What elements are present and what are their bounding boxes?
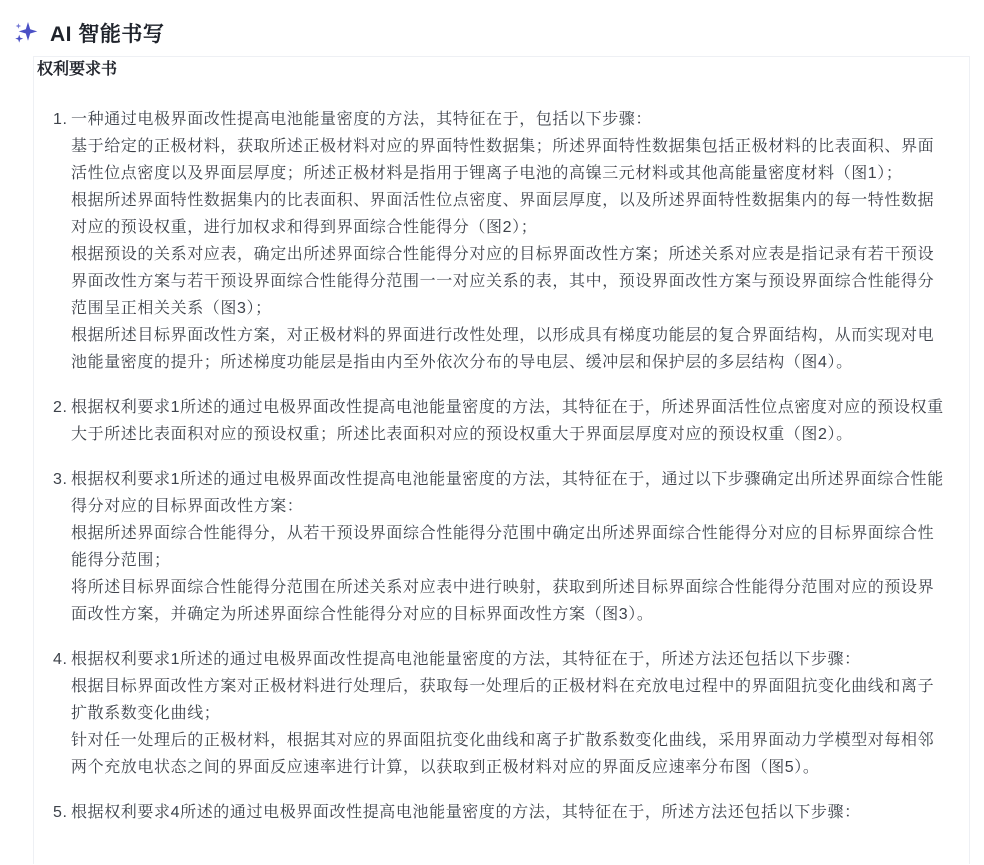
page-title: AI 智能书写 xyxy=(50,18,164,48)
claim-body: 根据权利要求1所述的通过电极界面改性提高电池能量密度的方法，其特征在于，所述方法… xyxy=(71,646,949,781)
app-header: AI 智能书写 xyxy=(0,0,984,46)
claim-paragraph: 基于给定的正极材料，获取所述正极材料对应的界面特性数据集；所述界面特性数据集包括… xyxy=(71,133,949,187)
claim-paragraph: 根据预设的关系对应表，确定出所述界面综合性能得分对应的目标界面改性方案；所述关系… xyxy=(71,241,949,322)
claim-item: 1. 一种通过电极界面改性提高电池能量密度的方法，其特征在于，包括以下步骤：基于… xyxy=(53,106,949,376)
claim-body: 根据权利要求1所述的通过电极界面改性提高电池能量密度的方法，其特征在于，所述界面… xyxy=(71,394,949,448)
claim-body: 根据权利要求4所述的通过电极界面改性提高电池能量密度的方法，其特征在于，所述方法… xyxy=(71,799,949,826)
claim-paragraph: 根据权利要求1所述的通过电极界面改性提高电池能量密度的方法，其特征在于，所述界面… xyxy=(71,394,949,448)
claim-number: 5. xyxy=(53,799,71,826)
claim-paragraph: 根据权利要求1所述的通过电极界面改性提高电池能量密度的方法，其特征在于，通过以下… xyxy=(71,466,949,520)
claim-paragraph: 将所述目标界面综合性能得分范围在所述关系对应表中进行映射，获取到所述目标界面综合… xyxy=(71,574,949,628)
claim-item: 2. 根据权利要求1所述的通过电极界面改性提高电池能量密度的方法，其特征在于，所… xyxy=(53,394,949,448)
document-title: 权利要求书 xyxy=(37,59,949,81)
claim-body: 一种通过电极界面改性提高电池能量密度的方法，其特征在于，包括以下步骤：基于给定的… xyxy=(71,106,949,376)
document-scroll-area[interactable]: 权利要求书 1. 一种通过电极界面改性提高电池能量密度的方法，其特征在于，包括以… xyxy=(34,57,969,838)
claim-item: 3. 根据权利要求1所述的通过电极界面改性提高电池能量密度的方法，其特征在于，通… xyxy=(53,466,949,628)
claim-number: 2. xyxy=(53,394,71,448)
claim-paragraph: 根据权利要求1所述的通过电极界面改性提高电池能量密度的方法，其特征在于，所述方法… xyxy=(71,646,949,673)
claim-number: 4. xyxy=(53,646,71,781)
claim-paragraph: 根据所述界面综合性能得分，从若干预设界面综合性能得分范围中确定出所述界面综合性能… xyxy=(71,520,949,574)
claim-paragraph: 根据所述界面特性数据集内的比表面积、界面活性位点密度、界面层厚度，以及所述界面特… xyxy=(71,187,949,241)
claim-paragraph: 根据权利要求4所述的通过电极界面改性提高电池能量密度的方法，其特征在于，所述方法… xyxy=(71,799,949,826)
claim-item: 4. 根据权利要求1所述的通过电极界面改性提高电池能量密度的方法，其特征在于，所… xyxy=(53,646,949,781)
claim-number: 3. xyxy=(53,466,71,628)
claim-paragraph: 一种通过电极界面改性提高电池能量密度的方法，其特征在于，包括以下步骤： xyxy=(71,106,949,133)
claim-number: 1. xyxy=(53,106,71,376)
claim-body: 根据权利要求1所述的通过电极界面改性提高电池能量密度的方法，其特征在于，通过以下… xyxy=(71,466,949,628)
claim-paragraph: 根据目标界面改性方案对正极材料进行处理后，获取每一处理后的正极材料在充放电过程中… xyxy=(71,673,949,727)
claim-paragraph: 针对任一处理后的正极材料，根据其对应的界面阻抗变化曲线和离子扩散系数变化曲线，采… xyxy=(71,727,949,781)
claim-paragraph: 根据所述目标界面改性方案，对正极材料的界面进行改性处理，以形成具有梯度功能层的复… xyxy=(71,322,949,376)
claims-list: 1. 一种通过电极界面改性提高电池能量密度的方法，其特征在于，包括以下步骤：基于… xyxy=(36,106,949,826)
document-panel: 权利要求书 1. 一种通过电极界面改性提高电池能量密度的方法，其特征在于，包括以… xyxy=(33,56,970,864)
claim-item: 5. 根据权利要求4所述的通过电极界面改性提高电池能量密度的方法，其特征在于，所… xyxy=(53,799,949,826)
sparkle-icon xyxy=(13,20,39,46)
